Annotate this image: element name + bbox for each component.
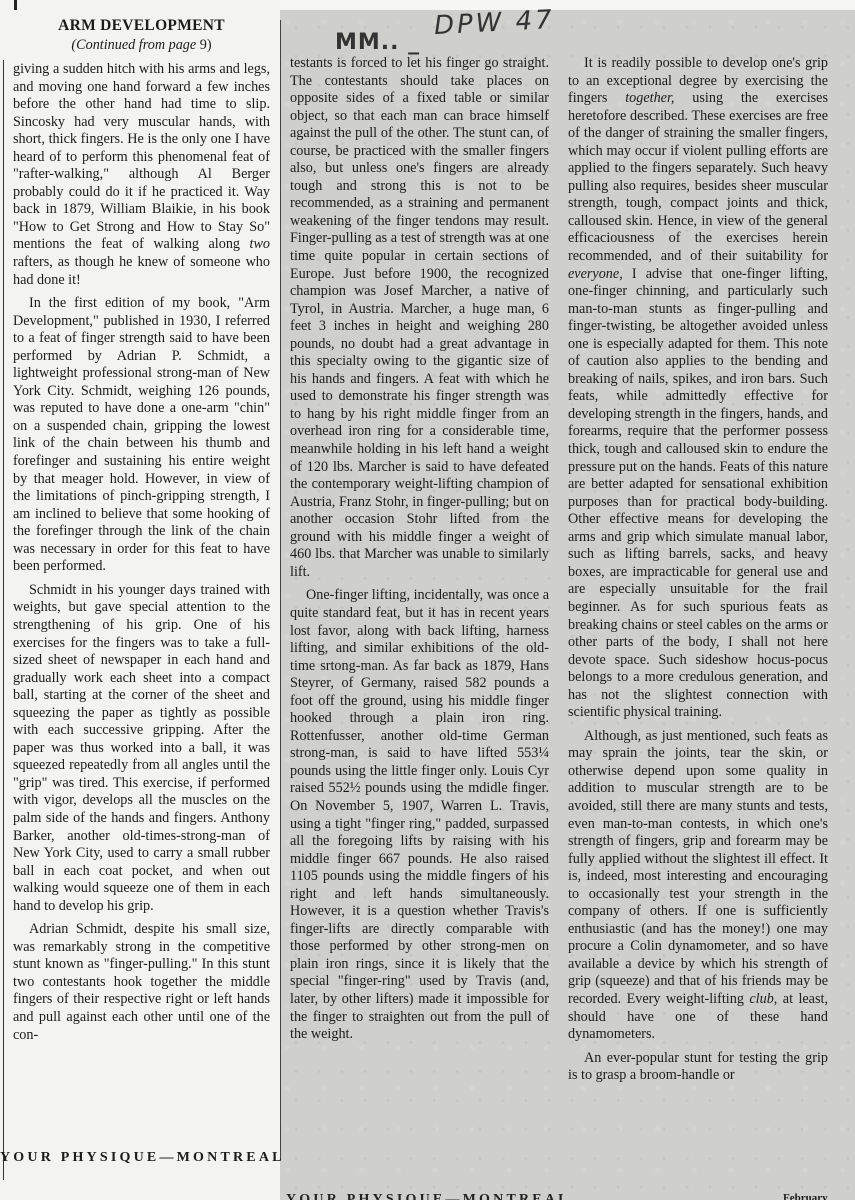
column-divider <box>280 20 281 1160</box>
scan-mark <box>14 0 17 10</box>
paragraph: testants is forced to let his finger go … <box>290 55 549 581</box>
paragraph: It is readily possible to develop one's … <box>568 55 828 722</box>
paragraph: Adrian Schmidt, despite his small size, … <box>13 921 270 1044</box>
right-page-footer: YOUR PHYSIQUE—MONTREAL <box>286 1190 571 1200</box>
continued-suffix: ) <box>207 37 212 53</box>
paragraph: Schmidt in his younger days trained with… <box>13 582 270 915</box>
article-title: ARM DEVELOPMENT <box>13 17 270 35</box>
continued-page-number: 9 <box>200 37 207 53</box>
handwritten-scribble: MM.. _ <box>335 30 420 55</box>
right-column: It is readily possible to develop one's … <box>568 55 828 1085</box>
paragraph: giving a sudden hitch with his arms and … <box>13 61 270 289</box>
continued-prefix: (Continued from page <box>71 37 199 53</box>
continued-from-note: (Continued from page 9) <box>13 37 270 54</box>
paragraph: An ever-popular stunt for testing the gr… <box>568 1050 828 1085</box>
paragraph: One-finger lifting, incidentally, was on… <box>290 587 549 1043</box>
footer-month: February <box>783 1188 828 1200</box>
italic-emphasis: two <box>250 236 271 252</box>
italic-emphasis: club, <box>749 991 777 1007</box>
left-column: giving a sudden hitch with his arms and … <box>13 61 270 1044</box>
handwritten-note-dpw: DPW 47 <box>433 5 555 41</box>
left-page-border <box>3 60 4 1180</box>
paragraph: Although, as just mentioned, such feats … <box>568 728 828 1044</box>
middle-column: testants is forced to let his finger go … <box>290 55 549 1044</box>
paragraph: In the first edition of my book, "Arm De… <box>13 295 270 576</box>
left-page-footer: YOUR PHYSIQUE—MONTREAL <box>0 1150 290 1166</box>
italic-emphasis: everyone, <box>568 266 623 282</box>
italic-emphasis: together, <box>625 90 674 106</box>
